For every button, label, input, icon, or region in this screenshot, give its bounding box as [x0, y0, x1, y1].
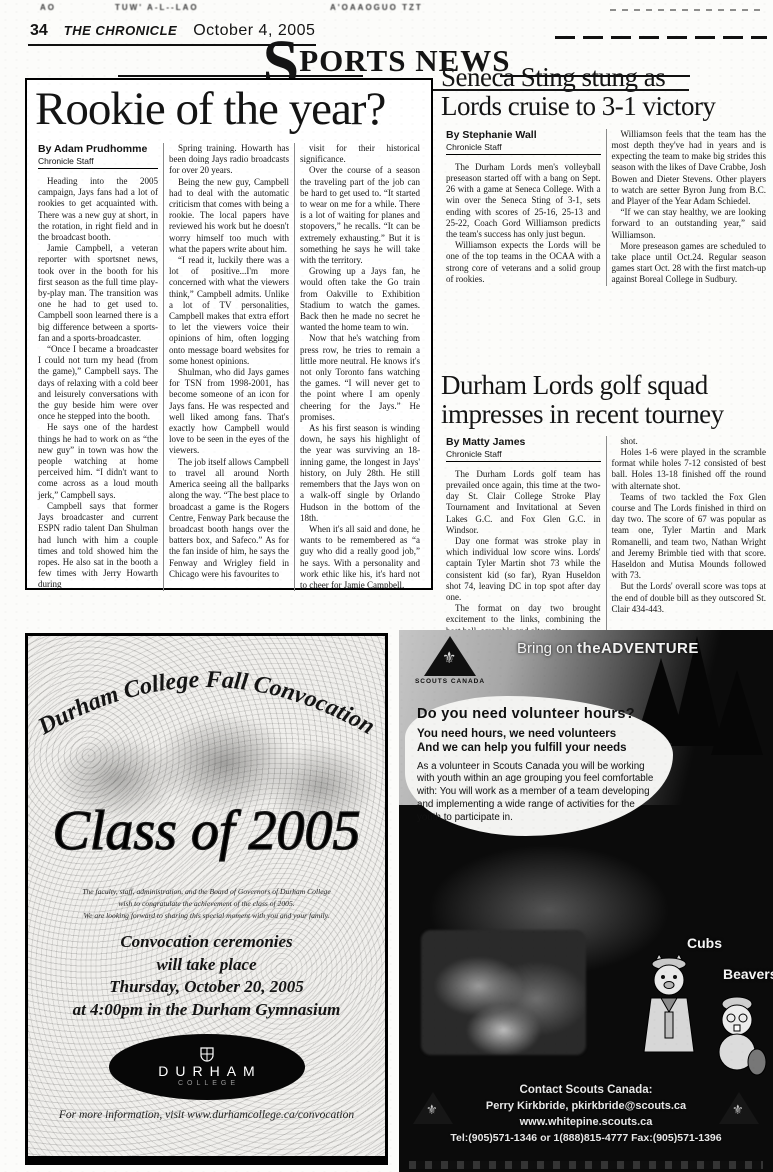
byline: By Matty James Chronicle Staff — [446, 436, 601, 462]
contact-phone-fax: Tel:(905)571-1346 or 1(888)815-4777 Fax:… — [399, 1131, 773, 1146]
golf-column-1: By Matty James Chronicle Staff The Durha… — [441, 436, 606, 637]
byline-author: By Stephanie Wall — [446, 129, 601, 141]
rookie-column-1: By Adam Prudhomme Chronicle Staff Headin… — [33, 143, 163, 591]
paragraph: Williamson expects the Lords will be one… — [446, 240, 601, 285]
paragraph: “Once I became a broadcaster I could not… — [38, 344, 158, 422]
paragraph: Being the new guy, Campbell had to deal … — [169, 177, 289, 255]
paragraph: “I read it, luckily there was a lot of p… — [169, 255, 289, 367]
paragraph: He says one of the hardest things he had… — [38, 422, 158, 500]
volunteer-subhead: You need hours, we need volunteers And w… — [417, 728, 661, 756]
byline-title: Chronicle Staff — [38, 156, 158, 166]
byline-title: Chronicle Staff — [446, 449, 601, 459]
rookie-column-2: Spring training. Howarth has been doing … — [163, 143, 294, 591]
paragraph: The Durham Lords golf team has prevailed… — [446, 469, 601, 536]
paragraph: Now that he's watching from press row, h… — [300, 333, 420, 423]
paragraph: Day one format was stroke play in which … — [446, 536, 601, 603]
byline-title: Chronicle Staff — [446, 142, 601, 152]
rookie-column-3: visit for their historical significance.… — [294, 143, 425, 591]
cubs-label: Cubs — [687, 935, 722, 951]
golf-headline: Durham Lords golf squad impresses in rec… — [441, 371, 771, 429]
seneca-column-2: Williamson feels that the team has the m… — [606, 129, 772, 286]
convocation-arch-title: Durham College Fall Convocation — [33, 667, 379, 741]
beaver-dam-photo — [421, 930, 586, 1055]
svg-text:Durham College Fall Convocatio: Durham College Fall Convocation — [33, 667, 379, 741]
paragraph: As his first season is winding down, he … — [300, 423, 420, 524]
ceremony-details: Convocation ceremonies will take place T… — [28, 931, 385, 1021]
durham-college-logo: DURHAM COLLEGE — [109, 1034, 305, 1100]
beavers-character-illustration — [707, 992, 767, 1076]
paragraph: Spring training. Howarth has been doing … — [169, 143, 289, 177]
scouts-brand-label: SCOUTS CANADA — [411, 678, 489, 685]
paragraph: But the Lords' overall score was tops at… — [612, 581, 767, 615]
scan-noise-bar — [409, 1161, 763, 1169]
byline-author: By Adam Prudhomme — [38, 143, 158, 155]
golf-columns: By Matty James Chronicle Staff The Durha… — [441, 436, 771, 637]
arched-title-graphic: Durham College Fall Convocation — [28, 636, 385, 744]
byline-author: By Matty James — [446, 436, 601, 448]
beavers-label: Beavers — [723, 966, 773, 982]
contact-heading: Contact Scouts Canada: — [399, 1082, 773, 1099]
paragraph: Heading into the 2005 campaign, Jays fan… — [38, 176, 158, 243]
golf-article: Durham Lords golf squad impresses in rec… — [441, 371, 771, 637]
convocation-footer-url: For more information, visit www.durhamco… — [28, 1109, 385, 1121]
paragraph: When it's all said and done, he wants to… — [300, 524, 420, 591]
contact-website: www.whitepine.scouts.ca — [399, 1115, 773, 1131]
paragraph: Over the course of a season the travelin… — [300, 165, 420, 266]
newspaper-page: AO TUW' A-L--LAO A'OAAOGUO TZT 34 THE CH… — [0, 0, 773, 1172]
logo-subtitle: COLLEGE — [178, 1080, 239, 1087]
scouts-canada-logo: ⚜ SCOUTS CANADA — [411, 636, 489, 685]
rookie-article: Rookie of the year? By Adam Prudhomme Ch… — [25, 78, 433, 590]
rookie-columns: By Adam Prudhomme Chronicle Staff Headin… — [33, 143, 425, 591]
seneca-headline: Seneca Sting stung as Lords cruise to 3-… — [441, 63, 771, 121]
class-title: Class of 2005 — [52, 800, 360, 862]
paragraph: Teams of two tackled the Fox Glen course… — [612, 492, 767, 582]
logo-name: DURHAM — [158, 1063, 261, 1079]
byline: By Stephanie Wall Chronicle Staff — [446, 129, 601, 155]
scouts-contact-block: Contact Scouts Canada: Perry Kirkbride, … — [399, 1082, 773, 1146]
byline: By Adam Prudhomme Chronicle Staff — [38, 143, 158, 169]
fleur-de-lis-icon: ⚜ — [442, 648, 456, 668]
tree-silhouette — [711, 670, 763, 755]
convocation-ad: Durham College Fall Convocation Class of… — [25, 633, 388, 1165]
golf-column-2: shot.Holes 1-6 were played in the scramb… — [606, 436, 772, 637]
congratulations-note: The faculty, staff, administration, and … — [28, 886, 385, 921]
seneca-columns: By Stephanie Wall Chronicle Staff The Du… — [441, 129, 771, 286]
paragraph: Shulman, who did Jays games for TSN from… — [169, 367, 289, 457]
paragraph: shot. — [612, 436, 767, 447]
paragraph: More preseason games are scheduled to ta… — [612, 241, 767, 286]
paragraph: Jamie Campbell, a veteran reporter with … — [38, 243, 158, 344]
rookie-headline: Rookie of the year? — [35, 86, 425, 133]
paragraph: Holes 1-6 were played in the scramble fo… — [612, 447, 767, 492]
contact-person-email: Perry Kirkbride, pkirkbride@scouts.ca — [399, 1099, 773, 1115]
paragraph: “If we can stay healthy, we are looking … — [612, 207, 767, 241]
volunteer-body-text: As a volunteer in Scouts Canada you will… — [417, 761, 661, 825]
scan-noise-text: AO — [40, 3, 56, 12]
paragraph: The Durham Lords men's volleyball presea… — [446, 162, 601, 240]
scouts-ad: ⚜ SCOUTS CANADA Bring on theADVENTURE Do… — [399, 630, 773, 1172]
paragraph: Campbell says that former Jays broadcast… — [38, 501, 158, 591]
class-of-2005-graphic: Class of 2005 — [28, 777, 385, 877]
shield-icon — [199, 1047, 215, 1062]
cubs-character-illustration — [637, 952, 701, 1064]
seneca-column-1: By Stephanie Wall Chronicle Staff The Du… — [441, 129, 606, 286]
paragraph: visit for their historical significance. — [300, 143, 420, 165]
scouts-logo-triangle: ⚜ — [424, 636, 476, 676]
scan-noise-text: TUW' A-L--LAO — [115, 3, 199, 12]
paragraph: Growing up a Jays fan, he would often ta… — [300, 266, 420, 333]
volunteer-info-cloud: Do you need volunteer hours? You need ho… — [405, 696, 673, 836]
scan-noise-text: A'OAAOGUO TZT — [330, 3, 423, 12]
paragraph: Williamson feels that the team has the m… — [612, 129, 767, 207]
scan-noise-rule — [610, 9, 760, 11]
adventure-tagline: Bring on theADVENTURE — [517, 640, 699, 657]
volunteer-headline: Do you need volunteer hours? — [417, 706, 661, 722]
paragraph: The job itself allows Campbell to travel… — [169, 457, 289, 580]
seneca-article: Seneca Sting stung as Lords cruise to 3-… — [441, 63, 771, 286]
